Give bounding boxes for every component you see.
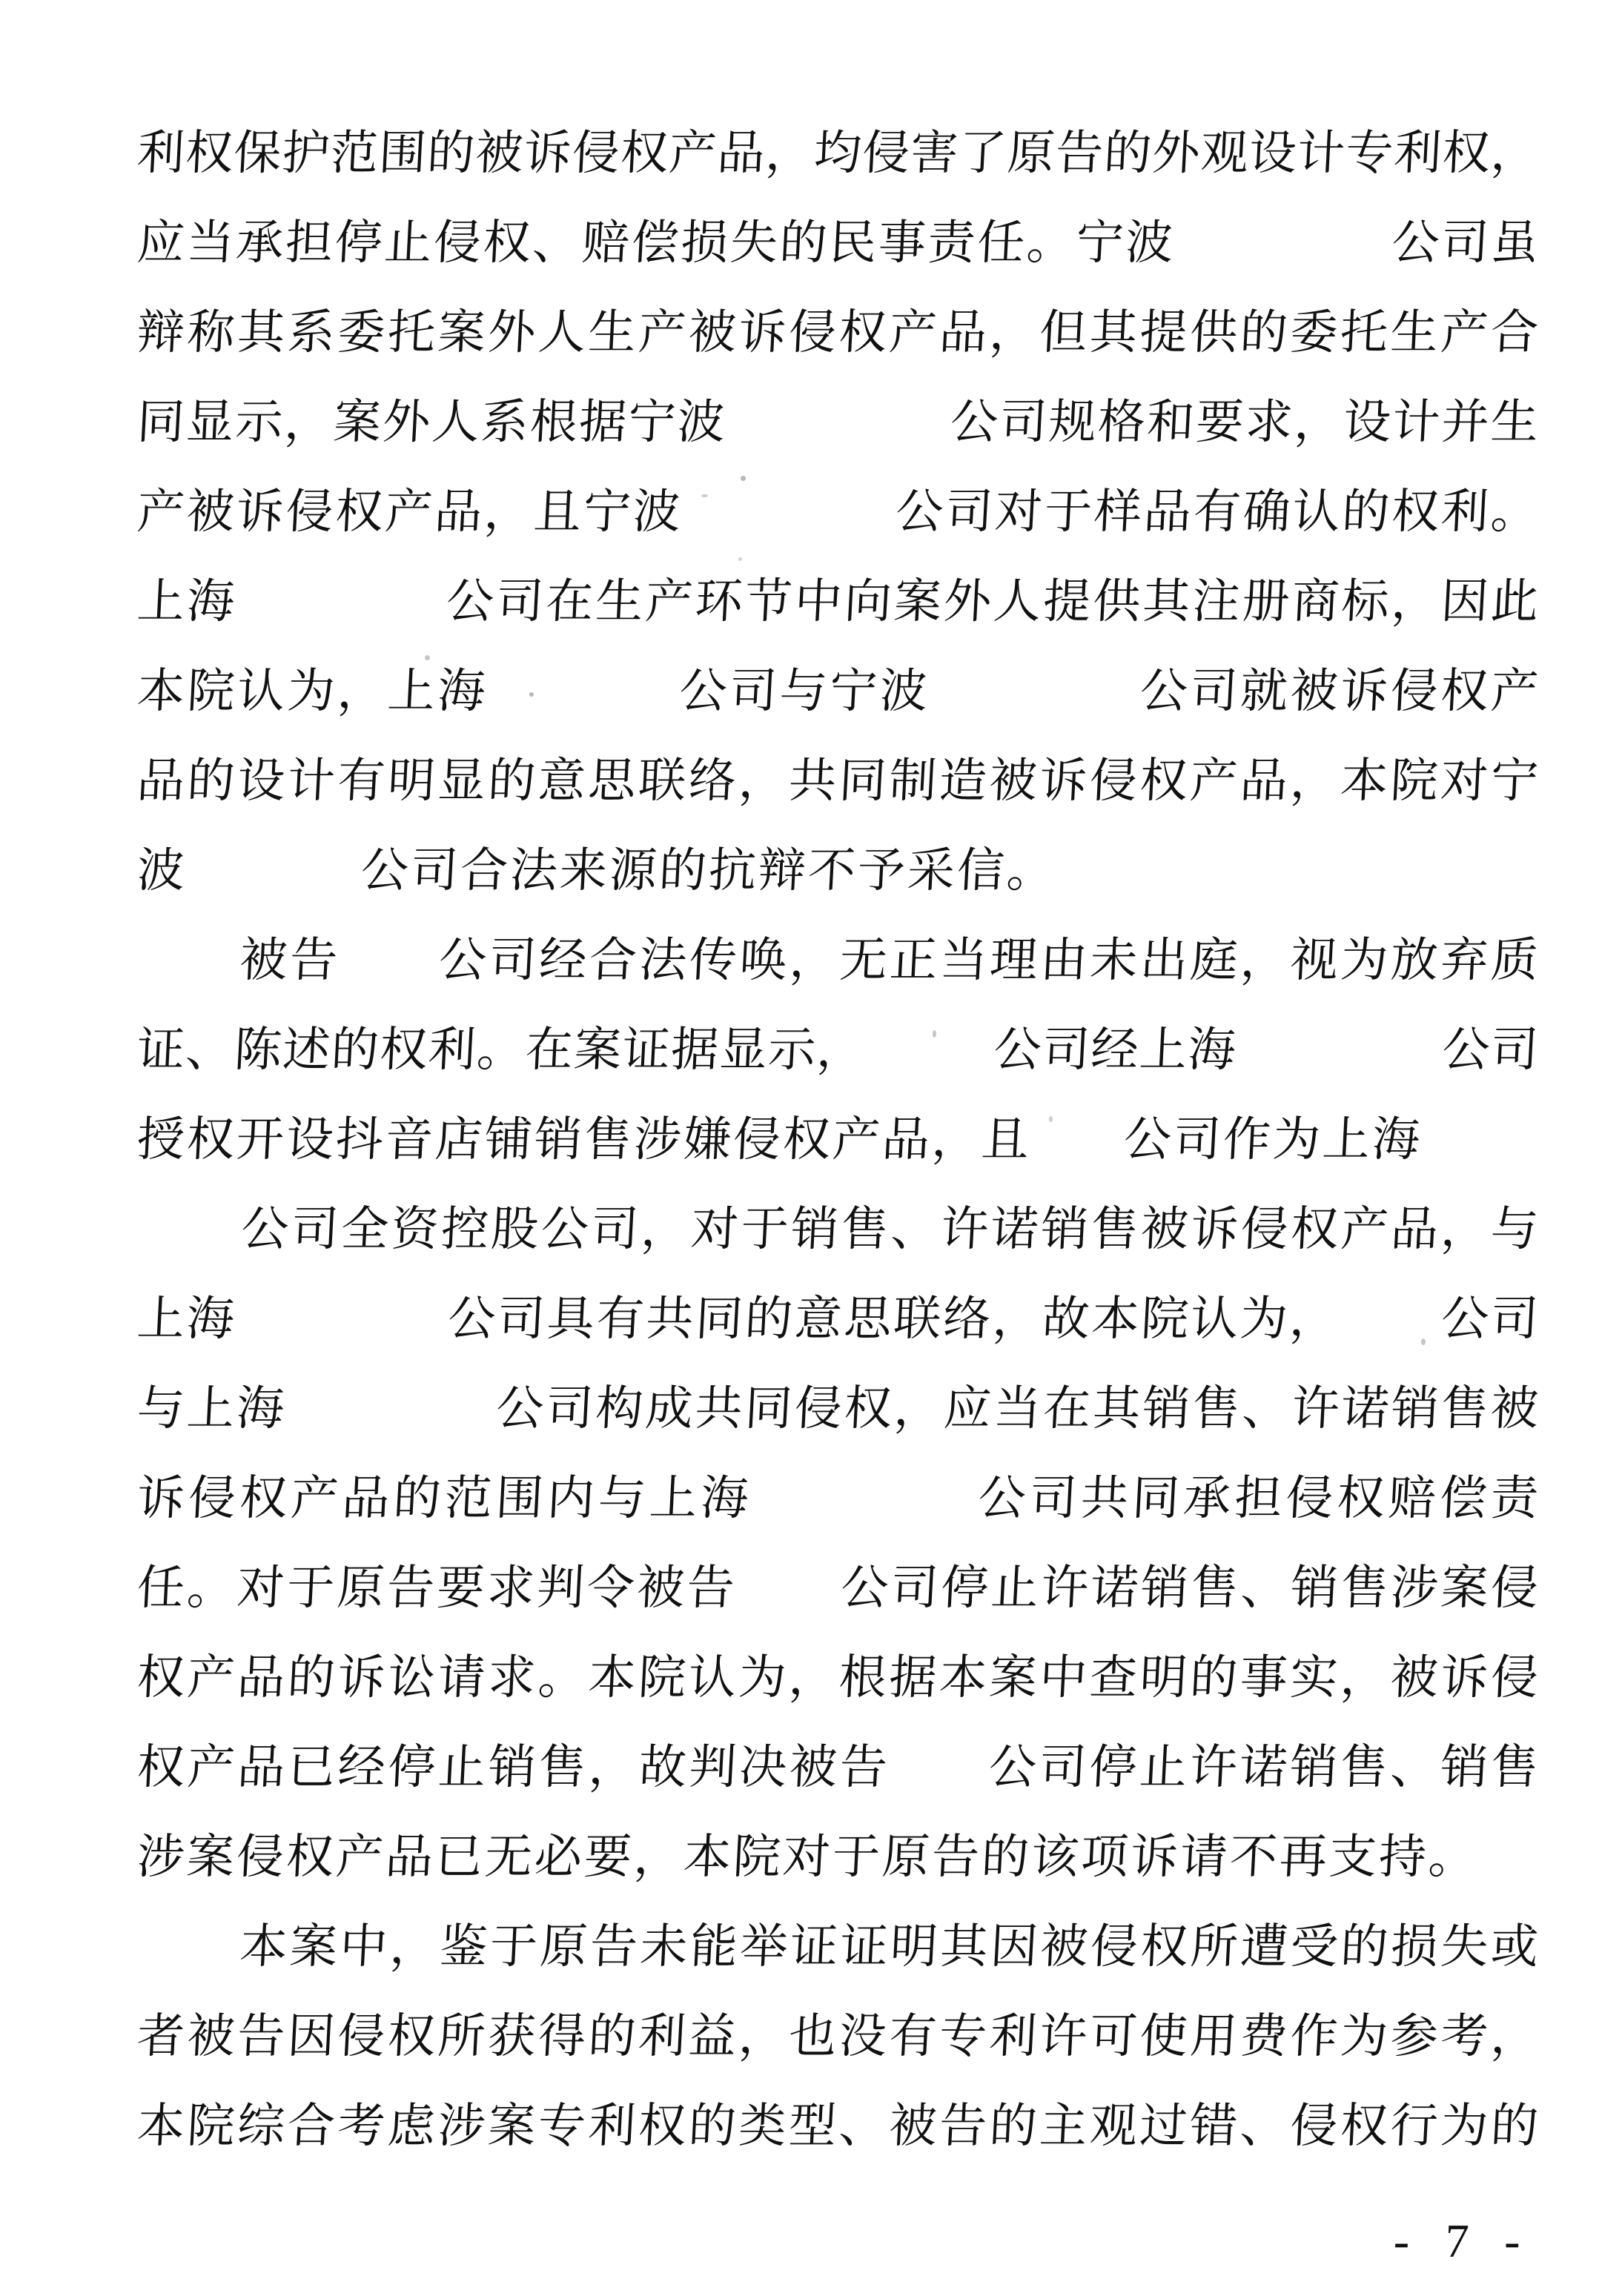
text-run: 者被告因侵权所获得的利益，也没有专利许可使用费作为参考， xyxy=(136,2010,1540,2063)
text-run: 波 xyxy=(136,844,188,897)
text-run: 公司经上海 xyxy=(991,1023,1238,1076)
text-run: 辩称其系委托案外人生产被诉侵权产品，但其提供的委托生产合 xyxy=(136,306,1540,359)
redaction-gap xyxy=(726,431,949,438)
redaction-gap xyxy=(1174,251,1390,259)
scan-speck xyxy=(741,476,746,481)
paragraph-indent xyxy=(136,1955,237,1962)
page-number: - 7 - xyxy=(1393,2214,1533,2268)
redaction-gap xyxy=(1030,1148,1124,1155)
text-run: 公司 xyxy=(1440,1023,1540,1076)
text-run: 公司 xyxy=(1438,1293,1540,1345)
text-run: 公司具有共同的意思联络，故本院认为， xyxy=(445,1293,1341,1345)
text-line: 利权保护范围的被诉侵权产品，均侵害了原告的外观设计专利权， xyxy=(135,108,1540,198)
paragraph-indent xyxy=(136,969,237,976)
text-run: 公司合法来源的抗辩不予采信。 xyxy=(360,844,1058,897)
text-run: 诉侵权产品的范围内与上海 xyxy=(136,1472,753,1524)
text-line: 辩称其系委托案外人生产被诉侵权产品，但其提供的委托生产合 xyxy=(135,288,1540,377)
text-line: 权产品已经停止销售，故判决被告公司停止许诺销售、销售 xyxy=(135,1722,1540,1812)
text-line: 产被诉侵权产品，且宁波公司对于样品有确认的权利。 xyxy=(135,467,1540,557)
text-run: 公司就被诉侵权产 xyxy=(1136,665,1540,717)
text-line: 本院综合考虑涉案专利权的类型、被告的主观过错、侵权行为的 xyxy=(135,2081,1540,2171)
text-run: 公司构成共同侵权，应当在其销售、许诺销售被 xyxy=(492,1382,1539,1435)
redaction-gap xyxy=(681,520,893,528)
redaction-gap xyxy=(889,1776,986,1783)
redaction-gap xyxy=(1236,1058,1441,1066)
scan-speck xyxy=(1049,1116,1053,1122)
text-run: 公司经合法传唤，无正当理由未出庭，视为放弃质 xyxy=(435,934,1540,986)
text-run: 利权保护范围的被诉侵权产品，均侵害了原告的外观设计专利权， xyxy=(136,127,1540,179)
redaction-gap xyxy=(487,700,677,707)
text-line: 品的设计有明显的意思联络，共同制造被诉侵权产品，本院对宁 xyxy=(135,736,1540,826)
redaction-gap xyxy=(285,1417,494,1424)
text-run: 公司与宁波 xyxy=(675,665,931,717)
scanned-judgment-page: 利权保护范围的被诉侵权产品，均侵害了原告的外观设计专利权，应当承担停止侵权、赔偿… xyxy=(0,0,1622,2296)
text-run: 上海 xyxy=(136,1293,237,1345)
text-run: 涉案侵权产品已无必要，本院对于原告的该项诉请不再支持。 xyxy=(136,1831,1480,1883)
text-line: 证、陈述的权利。在案证据显示，公司经上海公司 xyxy=(135,1005,1540,1095)
text-line: 涉案侵权产品已无必要，本院对于原告的该项诉请不再支持。 xyxy=(135,1812,1540,1902)
text-line: 上海公司具有共同的意思联络，故本院认为，公司 xyxy=(135,1274,1540,1364)
text-line: 波公司合法来源的抗辩不予采信。 xyxy=(135,826,1540,915)
text-run: 上海 xyxy=(136,575,238,628)
judgment-body-text: 利权保护范围的被诉侵权产品，均侵害了原告的外观设计专利权，应当承担停止侵权、赔偿… xyxy=(137,108,1538,2171)
scan-speck xyxy=(425,655,430,660)
text-run: 本院综合考虑涉案专利权的类型、被告的主观过错、侵权行为的 xyxy=(136,2100,1540,2152)
text-run: 品的设计有明显的意思联络，共同制造被诉侵权产品，本院对宁 xyxy=(136,754,1540,807)
text-run: 任。对于原告要求判令被告 xyxy=(136,1562,738,1614)
redaction-gap xyxy=(186,879,361,886)
text-line: 与上海公司构成共同侵权，应当在其销售、许诺销售被 xyxy=(135,1364,1540,1453)
text-run: 被告 xyxy=(236,934,341,986)
text-run: 公司停止许诺销售、销售涉案侵 xyxy=(837,1562,1540,1614)
text-run: 与上海 xyxy=(136,1382,288,1435)
text-line: 被告公司经合法传唤，无正当理由未出庭，视为放弃质 xyxy=(135,915,1540,1005)
text-line: 授权开设抖音店铺销售涉嫌侵权产品，且公司作为上海 xyxy=(135,1095,1540,1184)
text-run: 公司停止许诺销售、销售 xyxy=(985,1741,1540,1794)
redaction-gap xyxy=(1338,1327,1439,1335)
scan-speck xyxy=(1421,1338,1426,1345)
text-run: 权产品的诉讼请求。本院认为，根据本案中查明的事实，被诉侵 xyxy=(136,1651,1540,1704)
text-run: 公司规格和要求，设计并生 xyxy=(947,396,1540,448)
text-line: 任。对于原告要求判令被告公司停止许诺销售、销售涉案侵 xyxy=(135,1543,1540,1633)
text-line: 同显示，案外人系根据宁波公司规格和要求，设计并生 xyxy=(135,377,1540,467)
text-run: 公司全资控股公司，对于销售、许诺销售被诉侵权产品，与 xyxy=(237,1203,1540,1255)
redaction-gap xyxy=(751,1507,974,1514)
text-run: 公司虽 xyxy=(1388,216,1540,269)
text-run: 本院认为，上海 xyxy=(136,665,489,717)
scan-speck xyxy=(701,494,708,497)
text-line: 公司全资控股公司，对于销售、许诺销售被诉侵权产品，与 xyxy=(135,1184,1540,1274)
text-line: 诉侵权产品的范围内与上海公司共同承担侵权赔偿责 xyxy=(135,1453,1540,1543)
redaction-gap xyxy=(864,1058,993,1066)
text-run: 授权开设抖音店铺销售涉嫌侵权产品，且 xyxy=(136,1113,1033,1166)
text-line: 上海公司在生产环节中向案外人提供其注册商标，因此 xyxy=(135,557,1540,646)
text-line: 本案中，鉴于原告未能举证证明其因被侵权所遭受的损失或 xyxy=(135,1902,1540,1991)
text-line: 者被告因侵权所获得的利益，也没有专利许可使用费作为参考， xyxy=(135,1991,1540,2081)
scan-speck xyxy=(738,557,742,561)
redaction-gap xyxy=(736,1596,838,1604)
text-run: 产被诉侵权产品，且宁波 xyxy=(136,485,683,538)
text-line: 应当承担停止侵权、赔偿损失的民事责任。宁波公司虽 xyxy=(135,198,1540,288)
text-run: 公司在生产环节中向案外人提供其注册商标，因此 xyxy=(443,575,1540,628)
text-run: 公司共同承担侵权赔偿责 xyxy=(973,1472,1540,1524)
text-run: 同显示，案外人系根据宁波 xyxy=(136,396,728,448)
redaction-gap xyxy=(340,969,437,976)
text-run: 应当承担停止侵权、赔偿损失的民事责任。宁波 xyxy=(136,216,1176,269)
text-run: 权产品已经停止销售，故判决被告 xyxy=(136,1741,891,1794)
text-line: 本院认为，上海公司与宁波公司就被诉侵权产 xyxy=(135,646,1540,736)
redaction-gap xyxy=(236,610,444,617)
text-run: 证、陈述的权利。在案证据显示， xyxy=(136,1023,867,1076)
redaction-gap xyxy=(136,1238,239,1245)
redaction-gap xyxy=(929,700,1137,707)
text-run: 公司对于样品有确认的权利。 xyxy=(893,485,1540,538)
scan-speck xyxy=(529,692,534,697)
text-line: 权产品的诉讼请求。本院认为，根据本案中查明的事实，被诉侵 xyxy=(135,1633,1540,1722)
scan-speck xyxy=(933,1030,936,1038)
text-run: 本案中，鉴于原告未能举证证明其因被侵权所遭受的损失或 xyxy=(236,1920,1540,1973)
redaction-gap xyxy=(235,1327,446,1335)
text-run: 公司作为上海 xyxy=(1122,1113,1423,1166)
